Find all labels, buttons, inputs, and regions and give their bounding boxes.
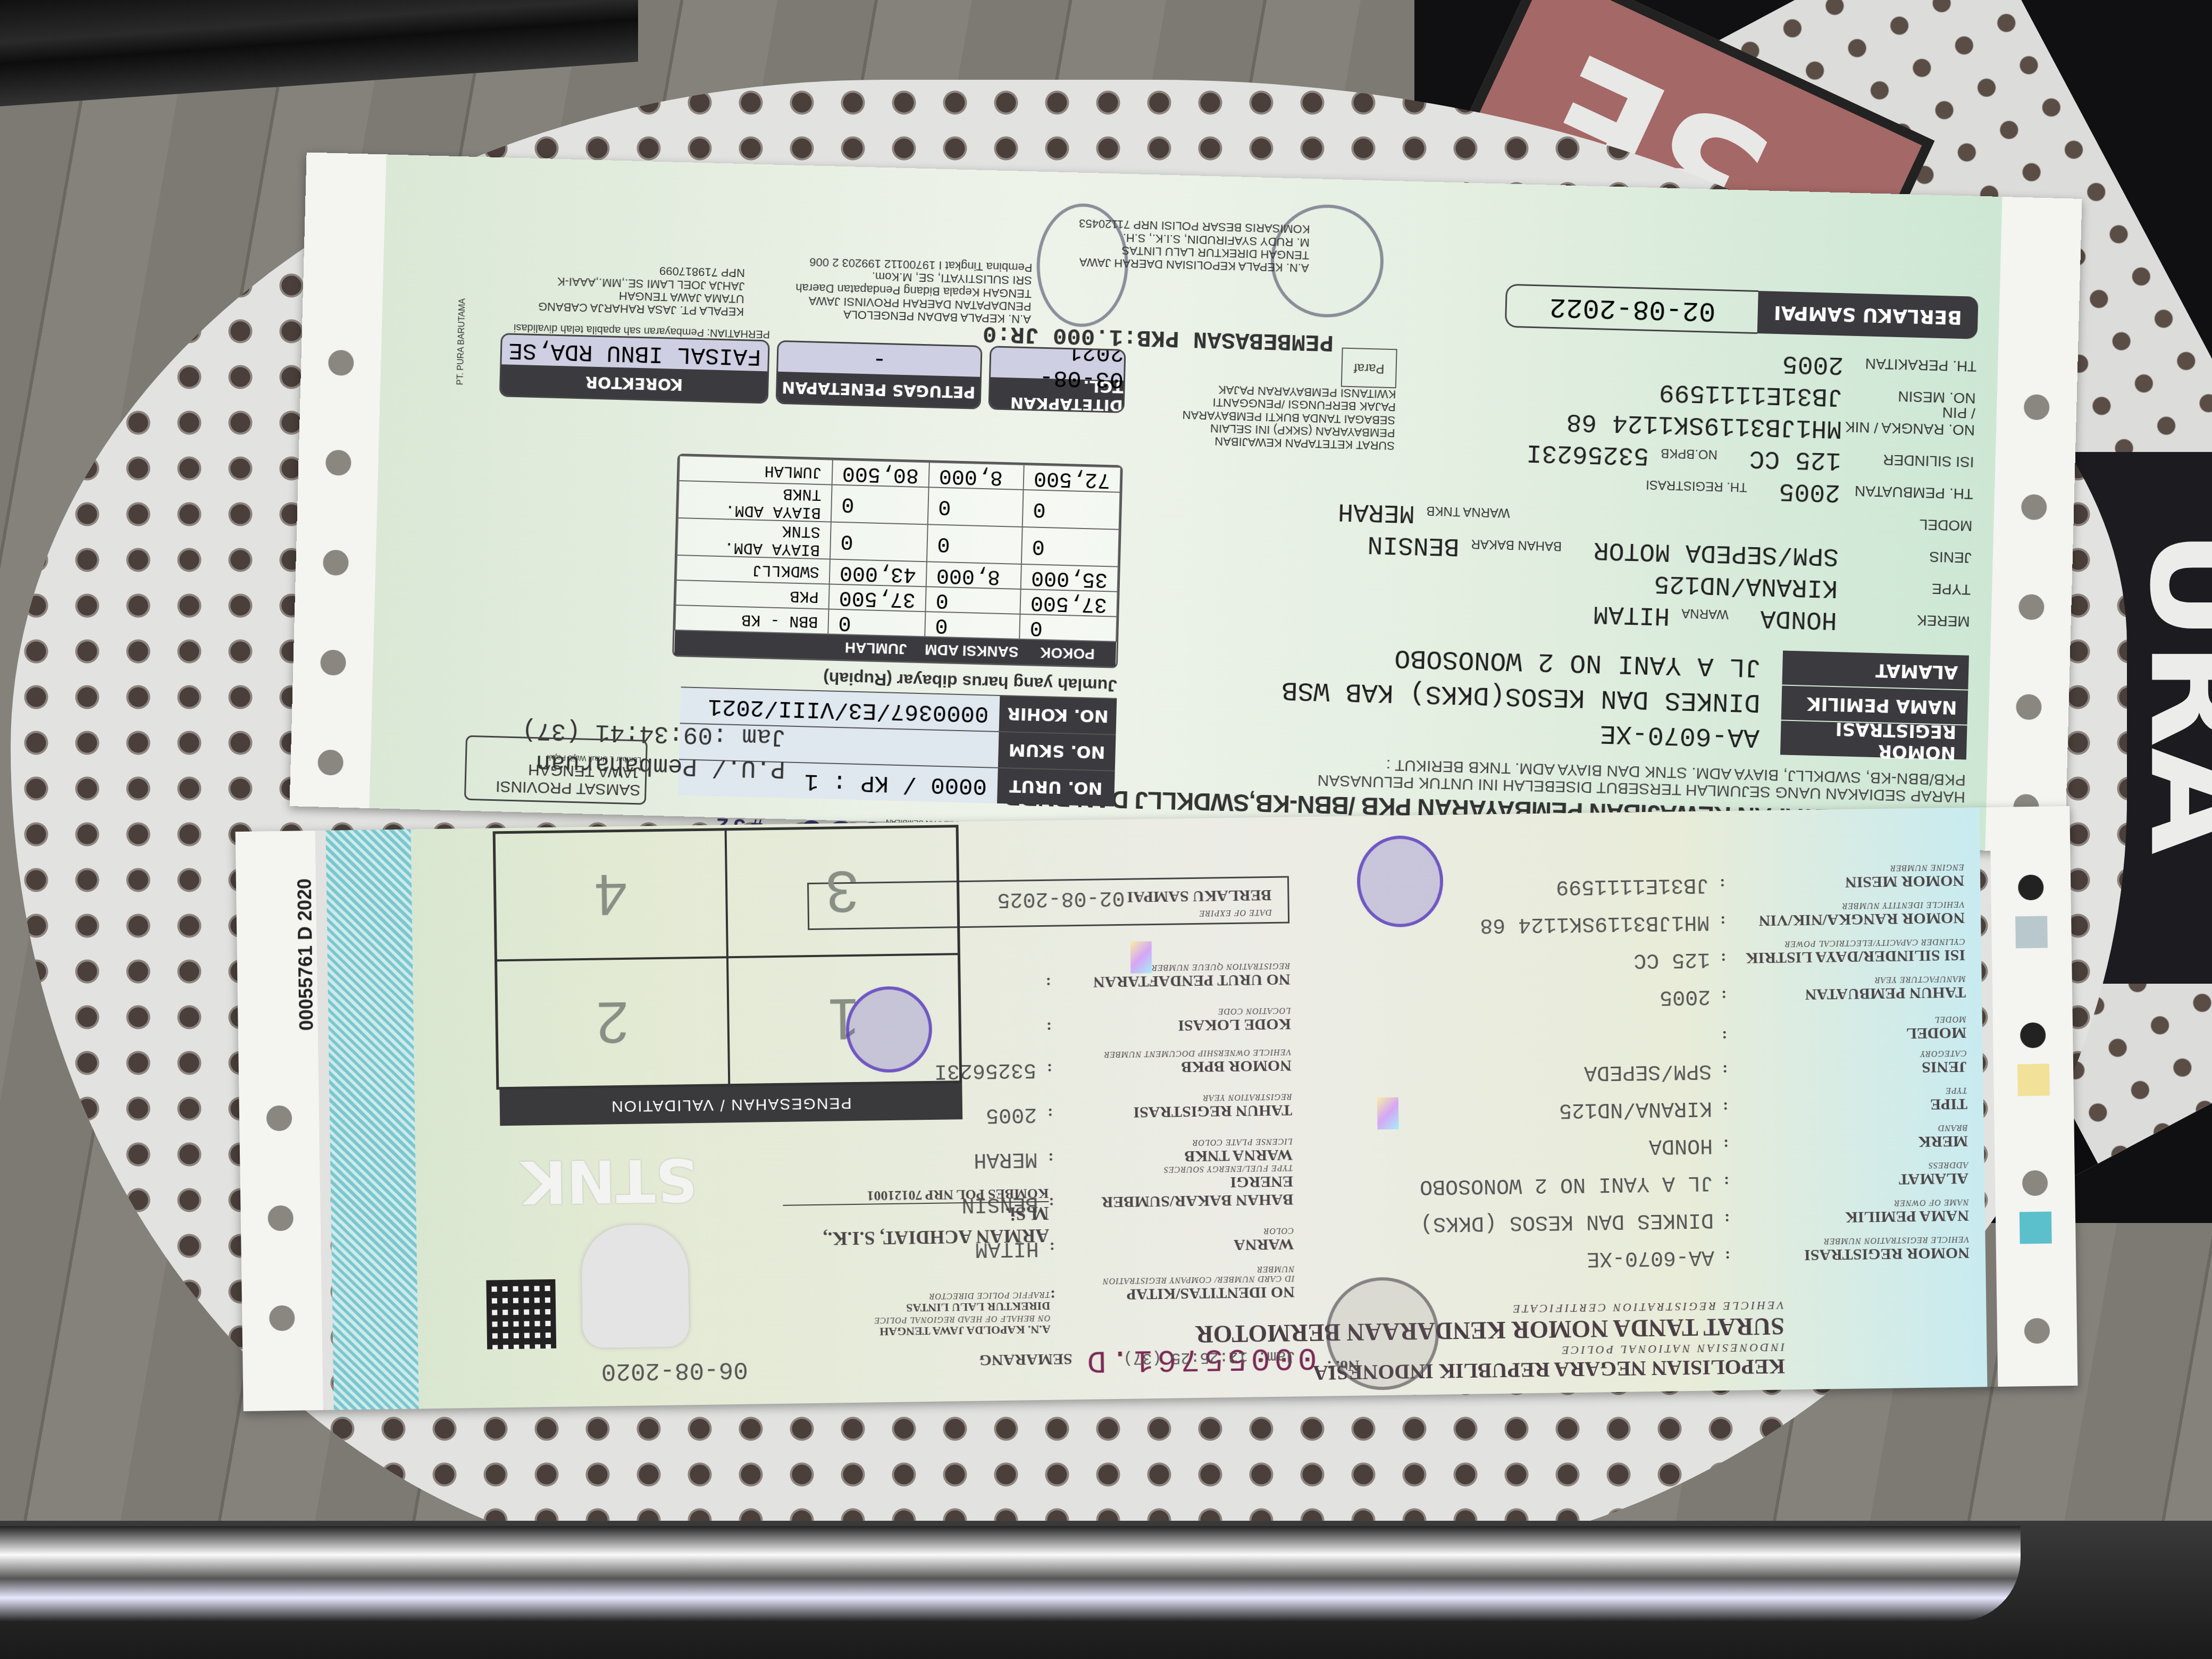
stnk-field-value: 2005 xyxy=(1660,984,1711,1008)
stnk-feed-strip-left xyxy=(1990,806,2077,1387)
hologram-sparkle xyxy=(1130,941,1152,974)
stnk-feed-strip-right: 00055761 D 2020 xyxy=(236,831,323,1411)
amount-cell-jumlah: 80,500 xyxy=(832,460,929,488)
amounts-caption: Jumlah yang harus dibayar (Rupiah) xyxy=(823,668,1118,695)
stnk-field-value: SPM/SEPEDA xyxy=(1584,1058,1712,1084)
stnk-field-value: DINKES DAN KESOS (DKKS) xyxy=(1420,1207,1714,1235)
stnk-logo-text: STNK xyxy=(521,1145,698,1216)
chrome-grab-rail xyxy=(0,1526,2021,1622)
amount-cell-pokok: 0 xyxy=(1019,614,1117,642)
stnk-field-label: NOMOR MESIN xyxy=(1736,872,1964,893)
amount-cell-pokok: 0 xyxy=(1023,490,1120,530)
paraf-box: Paraf xyxy=(1341,348,1397,389)
validation-box-4: 4 xyxy=(495,829,727,960)
amount-cell-label: BIAYA ADM. TNKB xyxy=(678,481,832,522)
stnk-registration-certificate: KEPOLISIAN NEGARA REPUBLIK INDONESIA IND… xyxy=(236,806,2078,1411)
stnk-field-label: NOMOR BPKB xyxy=(1063,1056,1292,1077)
validation-box-3: 3 xyxy=(726,826,959,957)
korektor-box: KOREKTOR FAISAL IBNU RDA,SE xyxy=(499,333,770,404)
field-th-pembuatan: TH. PEMBUATAN 2005 TH. REGISTRASI xyxy=(1633,472,1973,510)
stnk-field-label: KODE LOKASI xyxy=(1062,1015,1291,1036)
amount-cell-label: SWDKLLJ xyxy=(676,555,829,584)
amount-cell-jumlah: 0 xyxy=(831,485,928,525)
amount-cell-pokok: 0 xyxy=(1021,527,1119,567)
stnk-field-row: ISI SILINDER/DAYA LISTRIK CYLINDER CAPAC… xyxy=(1327,936,1966,976)
field-th-perakitan: TH. PERAKITAN 2005 xyxy=(1782,348,1977,382)
stnk-field-label: TIPE xyxy=(1739,1095,1967,1116)
stnk-field-value: JL A YANI NO 2 WONOSOBO xyxy=(1420,1170,1714,1198)
stnk-issuer: A.N. KAPOLDA JAWA TENGAH ON BEHALF OF HE… xyxy=(783,1185,1051,1340)
security-pattern-strip xyxy=(326,829,419,1410)
amount-cell-sanksi: 0 xyxy=(925,586,1020,614)
skkp-paper: SURAT KETETAPAN KEWAJIBAN PEMBAYARAN PKB… xyxy=(369,154,2002,850)
stnk-issue-date: 06-08-2020 xyxy=(601,1355,748,1385)
stnk-city: SEMARANG xyxy=(979,1350,1072,1369)
signatory-dirlantas: A.N. KEPALA KEPOLISIAN DAERAH JAWA TENGA… xyxy=(1075,217,1310,274)
hologram-sparkle xyxy=(1377,1097,1399,1130)
stnk-field-label: NAMA PEMILIK xyxy=(1740,1206,1969,1228)
amount-cell-jumlah: 37,500 xyxy=(828,584,926,611)
stnk-field-row: ALAMAT ADDRESS : JL A YANI NO 2 WONOSOBO xyxy=(1330,1160,1969,1200)
field-merek: MEREK HONDA WARNA HITAM xyxy=(1593,599,1971,638)
amount-cell-jumlah: 43,000 xyxy=(829,559,926,587)
signatory-bapenda: A.N. KEPALA BADAN PENGELOLA PENDAPATAN D… xyxy=(786,255,1033,325)
stnk-field-value: KIRANA/ND125 xyxy=(1559,1095,1713,1121)
stnk-field-label-en: ID CARD NUMBER/ COMPANY REGISTRATION NUM… xyxy=(1066,1263,1294,1286)
stnk-field-value: MERAH xyxy=(974,1146,1038,1171)
amount-cell-sanksi: 0 xyxy=(925,611,1020,639)
stnk-field-label: ISI SILINDER/DAYA LISTRIK xyxy=(1737,946,1965,967)
stnk-field-label: MODEL xyxy=(1738,1024,1966,1045)
amount-cell-jumlah: 0 xyxy=(830,522,928,562)
stnk-field-row: MODEL MODEL : xyxy=(1328,1014,1967,1051)
stnk-field-value: JB31E1111599 xyxy=(1556,872,1710,898)
amount-cell-jumlah: 0 xyxy=(828,609,925,636)
stnk-field-row: NAMA PEMILIK NAME OF OWNER : DINKES DAN … xyxy=(1331,1197,1970,1237)
amounts-table: POKOK SANKSI ADM JUMLAH 000BBN - KB37,50… xyxy=(672,454,1123,668)
stnk-field-row: MERK BRAND : HONDA xyxy=(1330,1122,1968,1162)
validation-header: PENGESAHAN / VALIDATION xyxy=(499,1083,962,1126)
amount-cell-sanksi: 0 xyxy=(927,487,1023,527)
field-type: TYPE KIRANA/ND125 xyxy=(1654,568,1971,606)
stnk-field-value: HONDA xyxy=(1649,1133,1713,1158)
stnk-field-label: NOMOR REGISTRASI xyxy=(1741,1244,1970,1265)
stnk-field-value: 125 CC xyxy=(1633,946,1711,971)
stnk-left-fields: NOMOR REGISTRASI VEHICLE REGISTRATION NU… xyxy=(1331,1265,1970,1274)
stnk-field-value: MH1JB3119SK1124 68 xyxy=(1480,909,1710,936)
amount-cell-label: JUMLAH xyxy=(678,456,832,485)
stnk-field-label: WARNA TNKB xyxy=(1064,1145,1293,1167)
skkp-note: SURAT KETETAPAN KEWAJIBAN PEMBAYARAN (SK… xyxy=(1171,382,1396,452)
amount-cell-pokok: 37,500 xyxy=(1020,589,1117,617)
stnk-jam: Jam: 12:25:25 (37) xyxy=(1123,1346,1296,1367)
amount-cell-sanksi: 8,000 xyxy=(926,562,1021,589)
qr-code xyxy=(486,1279,556,1350)
amount-cell-pokok: 72,500 xyxy=(1023,465,1120,492)
ditetapkan-box: DITETAPKAN TGL. 03-08-2021 xyxy=(988,346,1126,413)
stnk-field-label: JENIS xyxy=(1738,1058,1967,1079)
amount-cell-label: PKB xyxy=(675,580,829,609)
stnk-field-row: TAHUN PEMBUATAN MANUFACTURE YEAR : 2005 xyxy=(1328,974,1966,1013)
stnk-field-label: WARNA xyxy=(1065,1235,1294,1256)
stnk-paper: KEPOLISIAN NEGARA REPUBLIK INDONESIA IND… xyxy=(326,807,1988,1410)
stnk-field-value: 2005 xyxy=(986,1102,1037,1126)
skkp-berlaku-sampai: BERLAKU SAMPAI 02-08-2022 xyxy=(1505,284,1978,340)
stnk-field-label: BAHAN BAKAR/SUMBER ENERGI xyxy=(1065,1172,1294,1211)
stnk-side-serial: 00055761 D 2020 xyxy=(294,878,318,1031)
stnk-field-label: TAHUN PEMBUATAN xyxy=(1737,983,1966,1004)
stnk-field-label: TAHUN REGISTRASI xyxy=(1063,1101,1292,1122)
stnk-field-row: NOMOR REGISTRASI VEHICLE REGISTRATION NU… xyxy=(1331,1234,1970,1274)
stnk-field-value: AA-6070-XE xyxy=(1587,1244,1715,1270)
stnk-field-label: NOMOR RANGKA/NIK/VIN xyxy=(1736,909,1965,930)
stnk-field-label: NO IDENTITAS/KITAP xyxy=(1066,1283,1295,1304)
amount-cell-label: BIAYA ADM. STNK xyxy=(677,518,831,559)
amount-cell-sanksi: 8,000 xyxy=(928,462,1024,490)
amount-cell-pokok: 35,000 xyxy=(1021,564,1118,592)
skkp-tax-document: SURAT KETETAPAN KEWAJIBAN PEMBAYARAN PKB… xyxy=(289,152,2082,852)
signatory-jasa-raharja: KEPALA PT. JASA RAHARJA CABANG UTAMA JAW… xyxy=(521,261,745,318)
stnk-field-label: ALAMAT xyxy=(1740,1169,1968,1191)
stnk-field-row: JENIS CATEGORY : SPM/SEPEDA xyxy=(1329,1048,1967,1088)
stnk-field-row: TIPE TYPE : KIRANA/ND125 xyxy=(1329,1085,1968,1125)
samsat-box: SAMSAT PROVINSI JAWA TENGAH Lembar 1 Unt… xyxy=(464,735,648,805)
stnk-field-label: NO URUT PENDAFTARAN xyxy=(1061,970,1290,991)
petugas-box: PETUGAS PENETAPAN - xyxy=(776,340,983,409)
validation-box-2: 2 xyxy=(496,957,729,1088)
printer-credit: PT. PURA BARUTAMA xyxy=(456,298,468,386)
amount-cell-label: BBN - KB xyxy=(675,605,828,634)
police-emblem-hologram xyxy=(581,1224,689,1348)
amount-cell-sanksi: 0 xyxy=(927,524,1023,564)
stnk-field-label: MERK xyxy=(1739,1132,1968,1153)
